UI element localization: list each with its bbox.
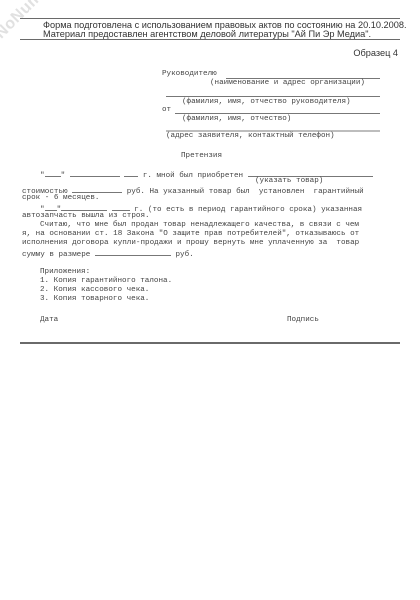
applicant-name-hint: (фамилия, имя, отчество) xyxy=(182,115,291,123)
attachment-item: 1. Копия гарантийного талона. xyxy=(40,277,172,285)
p2-line-2: автозапчасть вышла из строя. xyxy=(22,212,150,220)
p2-month-field[interactable] xyxy=(61,203,107,211)
p1-year-field[interactable] xyxy=(124,169,138,177)
attachments-heading: Приложения: xyxy=(40,268,90,276)
header-line-2: Материал предоставлен агентством деловой… xyxy=(43,29,371,39)
from-label: от xyxy=(162,106,171,114)
p1-line-3: срок - 6 месяцев. xyxy=(22,194,99,202)
p1-day-field[interactable] xyxy=(45,169,61,177)
date-label: Дата xyxy=(40,316,58,324)
to-label: Руководителю xyxy=(162,70,217,78)
p1-month-field[interactable] xyxy=(70,169,120,177)
applicant-name-field[interactable] xyxy=(175,113,380,114)
head-name-hint: (фамилия, имя, отчество руководителя) xyxy=(182,98,351,106)
p1-goods-field[interactable] xyxy=(248,169,373,177)
sample-label: Образец 4 xyxy=(353,48,398,58)
document-page: NoNumber.ru Форма подготовлена с использ… xyxy=(0,0,420,600)
header-top-rule xyxy=(20,18,400,19)
p3-sum-field[interactable] xyxy=(95,248,171,256)
applicant-address-hint: (адрес заявителя, контактный телефон) xyxy=(166,132,335,140)
p1-goods-hint: (указать товар) xyxy=(255,177,323,185)
p3-line-4: сумму в размере руб. xyxy=(22,248,194,259)
attachment-item: 3. Копия товарного чека. xyxy=(40,295,149,303)
p3-line-2: я, на основании ст. 18 Закона "О защите … xyxy=(22,230,359,238)
p2-year-field[interactable] xyxy=(112,203,130,211)
head-name-field[interactable] xyxy=(166,96,380,97)
header-bottom-rule xyxy=(20,39,400,40)
p2-day-field[interactable] xyxy=(45,203,57,211)
p3-line-1: Считаю, что мне был продан товар ненадле… xyxy=(40,221,359,229)
p1-cost-field[interactable] xyxy=(72,185,122,193)
org-hint: (наименование и адрес организации) xyxy=(210,79,365,87)
p3-line-3: исполнения договора купли-продажи и прош… xyxy=(22,239,359,247)
document-title: Претензия xyxy=(181,152,222,160)
bottom-rule xyxy=(20,342,400,344)
signature-label: Подпись xyxy=(287,316,319,324)
attachment-item: 2. Копия кассового чека. xyxy=(40,286,149,294)
